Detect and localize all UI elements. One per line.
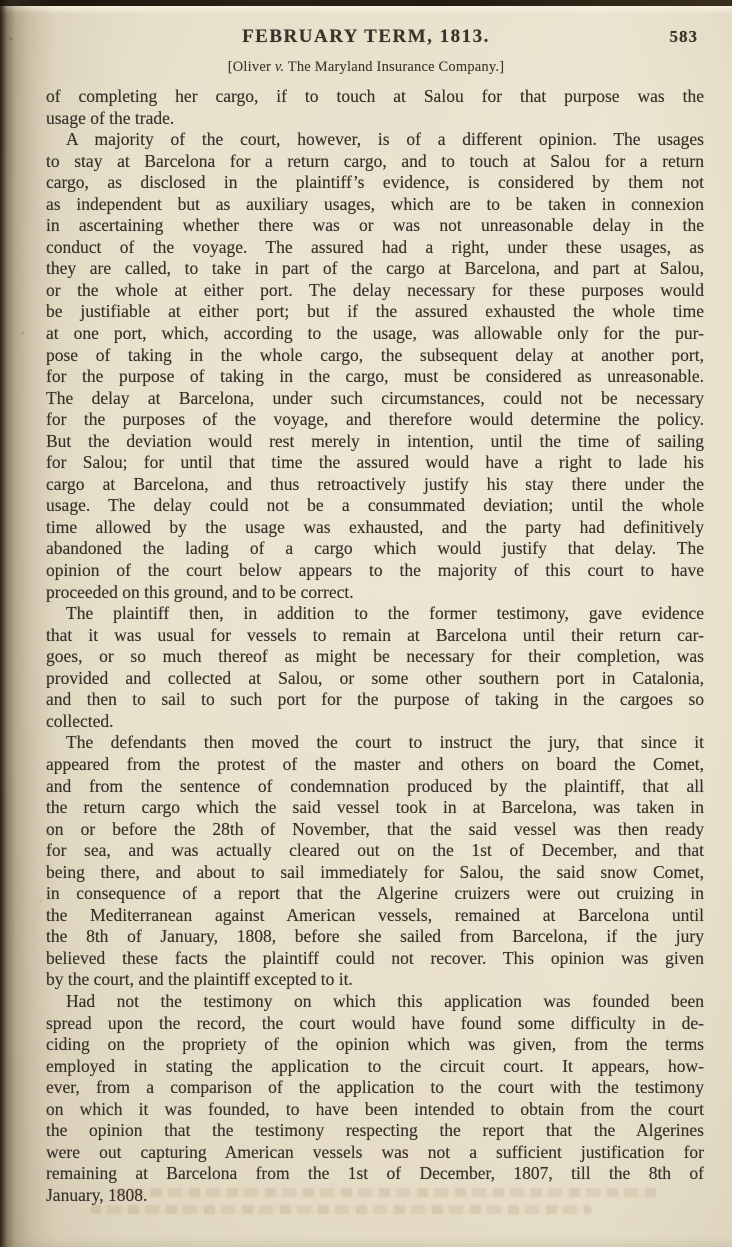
text-line: usage of the trade.: [46, 108, 704, 130]
text-line: for the purpose of taking in the cargo, …: [46, 366, 704, 388]
text-line: usage. The delay could not be a consumma…: [46, 495, 704, 517]
case-caption-post: The Maryland Insurance Company.]: [284, 59, 504, 75]
paper-specks: [0, 0, 2, 2]
text-line: opinion of the court below appears to th…: [46, 560, 704, 582]
text-line: time allowed by the usage was exhausted,…: [46, 517, 704, 539]
text-line: goes, or so much thereof as might be nec…: [46, 646, 704, 668]
text-line: they are called, to take in part of the …: [46, 258, 704, 280]
text-line: in consequence of a report that the Alge…: [46, 883, 704, 905]
text-line: by the court, and the plaintiff excepted…: [46, 969, 704, 991]
text-line: employed in stating the application to t…: [46, 1056, 704, 1078]
body-paragraph: Had not the testimony on which this appl…: [46, 991, 704, 1206]
text-line: conduct of the voyage. The assured had a…: [46, 237, 704, 259]
text-line: But the deviation would rest merely in i…: [46, 431, 704, 453]
text-line: were out capturing American vessels was …: [46, 1142, 704, 1164]
text-line: January, 1808.: [46, 1185, 704, 1207]
text-line: and from the sentence of condemnation pr…: [46, 776, 704, 798]
text-line: The plaintiff then, in addition to the f…: [46, 603, 704, 625]
text-line: remaining at Barcelona from the 1st of D…: [46, 1163, 704, 1185]
text-line: for sea, and was actually cleared out on…: [46, 840, 704, 862]
case-caption-pre: [Oliver: [228, 59, 275, 75]
text-line: be justifiable at either port; but if th…: [46, 301, 704, 323]
text-line: appeared from the protest of the master …: [46, 754, 704, 776]
text-line: the return cargo which the said vessel t…: [46, 797, 704, 819]
text-line: the opinion that the testimony respectin…: [46, 1120, 704, 1142]
text-line: or the whole at either port. The delay n…: [46, 280, 704, 302]
text-line: the Mediterranean against American vesse…: [46, 905, 704, 927]
text-line: to stay at Barcelona for a return cargo,…: [46, 151, 704, 173]
text-line: spread upon the record, the court would …: [46, 1013, 704, 1035]
text-line: for Salou; for until that time the assur…: [46, 452, 704, 474]
text-line: Had not the testimony on which this appl…: [46, 991, 704, 1013]
page-number: 583: [670, 27, 699, 47]
text-line: being there, and about to sail immediate…: [46, 862, 704, 884]
case-caption: [Oliver v. The Maryland Insurance Compan…: [0, 59, 732, 76]
page-body: of completing her cargo, if to touch at …: [46, 86, 704, 1206]
body-paragraph: The plaintiff then, in addition to the f…: [46, 603, 704, 732]
page-top-highlight: [0, 6, 732, 14]
text-line: that it was usual for vessels to remain …: [46, 625, 704, 647]
text-line: cargo, as disclosed in the plaintiff’s e…: [46, 172, 704, 194]
text-line: at one port, which, according to the usa…: [46, 323, 704, 345]
text-line: abandoned the lading of a cargo which wo…: [46, 538, 704, 560]
text-line: pose of taking in the whole cargo, the s…: [46, 345, 704, 367]
text-line: of completing her cargo, if to touch at …: [46, 86, 704, 108]
text-line: for the purposes of the voyage, and ther…: [46, 409, 704, 431]
text-line: cargo at Barcelona, and thus retroactive…: [46, 474, 704, 496]
text-line: provided and collected at Salou, or some…: [46, 668, 704, 690]
text-line: in ascertaining whether there was or was…: [46, 215, 704, 237]
text-line: believed these facts the plaintiff could…: [46, 948, 704, 970]
text-line: collected.: [46, 711, 704, 733]
scanned-book-page: FEBRUARY TERM, 1813. 583 [Oliver v. The …: [0, 0, 732, 1247]
text-line: as independent but as auxiliary usages, …: [46, 194, 704, 216]
body-paragraph: A majority of the court, however, is of …: [46, 129, 704, 603]
body-paragraph: of completing her cargo, if to touch at …: [46, 86, 704, 129]
text-line: on or before the 28th of November, that …: [46, 819, 704, 841]
term-title: FEBRUARY TERM, 1813.: [0, 26, 732, 48]
text-line: on which it was founded, to have been in…: [46, 1099, 704, 1121]
text-line: and then to sail to such port for the pu…: [46, 689, 704, 711]
text-line: proceeded on this ground, and to be corr…: [46, 582, 704, 604]
scan-bottom-edge: [0, 1237, 732, 1247]
text-line: A majority of the court, however, is of …: [46, 129, 704, 151]
case-caption-versus: v.: [275, 59, 284, 75]
text-line: The delay at Barcelona, under such circu…: [46, 388, 704, 410]
text-line: ever, from a comparison of the applicati…: [46, 1077, 704, 1099]
text-line: the 8th of January, 1808, before she sai…: [46, 926, 704, 948]
text-line: The defendants then moved the court to i…: [46, 732, 704, 754]
body-paragraph: The defendants then moved the court to i…: [46, 732, 704, 991]
running-header: FEBRUARY TERM, 1813. 583: [0, 26, 732, 50]
text-line: ciding on the propriety of the opinion w…: [46, 1034, 704, 1056]
